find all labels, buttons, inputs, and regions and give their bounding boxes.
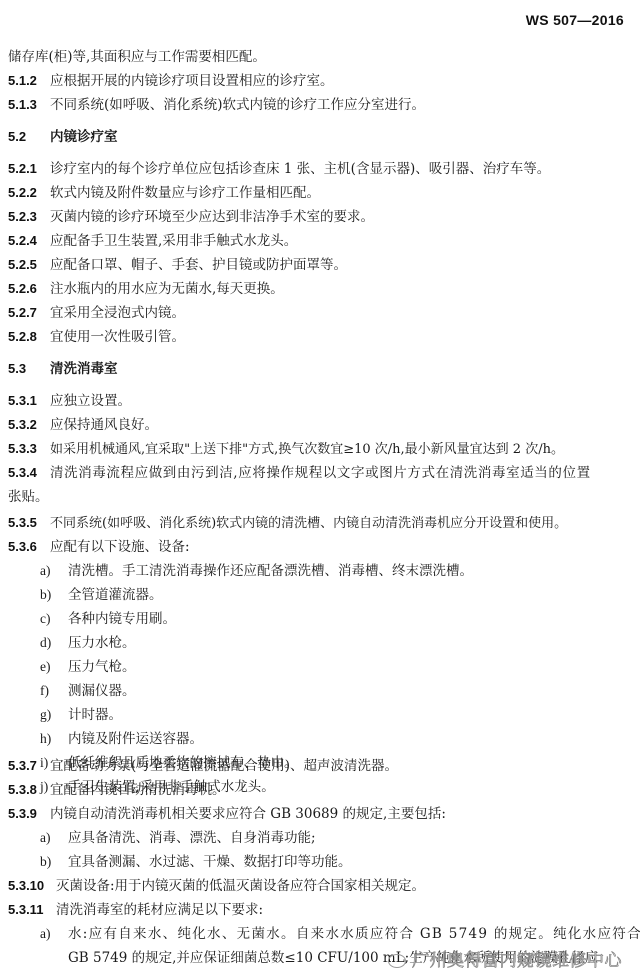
clause-text: 宜配备动力泵(与全管道灌流器配合使用)、超声波清洗器。 bbox=[50, 758, 398, 774]
watermark: 广州奥得富内窥镜维修中心 bbox=[388, 946, 622, 971]
section-title: 清洗消毒室 bbox=[50, 361, 118, 377]
clause-number: 5.3.3 bbox=[8, 440, 50, 458]
clause-number: 5.1.3 bbox=[8, 96, 50, 114]
list-item: a)应具备清洗、消毒、漂洗、自身消毒功能; bbox=[40, 829, 316, 847]
list-text: 压力气枪。 bbox=[68, 659, 136, 675]
list-text: 各种内镜专用刷。 bbox=[68, 611, 176, 627]
clause-text: 诊疗室内的每个诊疗单位应包括诊查床 1 张、主机(含显示器)、吸引器、治疗车等。 bbox=[50, 161, 550, 177]
clause-number: 5.3.6 bbox=[8, 538, 50, 556]
section-number: 5.2 bbox=[8, 128, 50, 146]
section-5-2-heading: 5.2内镜诊疗室 bbox=[8, 128, 118, 146]
clause-text: 不同系统(如呼吸、消化系统)软式内镜的清洗槽、内镜自动清洗消毒机应分开设置和使用… bbox=[50, 516, 567, 531]
list-text: 计时器。 bbox=[68, 707, 122, 723]
list-letter: b) bbox=[40, 853, 68, 871]
clause-number: 5.2.3 bbox=[8, 208, 50, 226]
list-item: h)内镜及附件运送容器。 bbox=[40, 730, 203, 748]
section-title: 内镜诊疗室 bbox=[50, 129, 118, 145]
list-item: a)水:应有自来水、纯化水、无菌水。自来水水质应符合 GB 5749 的规定。纯… bbox=[40, 925, 640, 943]
clause-number: 5.2.6 bbox=[8, 280, 50, 298]
list-text: 压力水枪。 bbox=[68, 635, 136, 651]
list-letter: a) bbox=[40, 925, 68, 943]
clause-number: 5.3.4 bbox=[8, 464, 50, 482]
list-item: c)各种内镜专用刷。 bbox=[40, 610, 176, 628]
clause-text: 应配备口罩、帽子、手套、护目镜或防护面罩等。 bbox=[50, 257, 347, 273]
list-letter: b) bbox=[40, 586, 68, 604]
lead-in-text: 储存库(柜)等,其面积应与工作需要相匹配。 bbox=[8, 48, 266, 66]
clause-number: 5.2.7 bbox=[8, 304, 50, 322]
clause-number: 5.3.11 bbox=[8, 901, 56, 919]
clause-5-2-2: 5.2.2软式内镜及附件数量应与诊疗工作量相匹配。 bbox=[8, 184, 320, 202]
list-item: b)全管道灌流器。 bbox=[40, 586, 163, 604]
clause-text: 清洗消毒室的耗材应满足以下要求: bbox=[56, 902, 263, 918]
clause-5-3-6: 5.3.6应配有以下设施、设备: bbox=[8, 538, 190, 556]
clause-5-2-3: 5.2.3灭菌内镜的诊疗环境至少应达到非洁净手术室的要求。 bbox=[8, 208, 374, 226]
clause-number: 5.2.2 bbox=[8, 184, 50, 202]
clause-number: 5.2.4 bbox=[8, 232, 50, 250]
list-text: 清洗槽。手工清洗消毒操作还应配备漂洗槽、消毒槽、终末漂洗槽。 bbox=[68, 563, 473, 579]
clause-5-2-8: 5.2.8宜使用一次性吸引管。 bbox=[8, 328, 185, 346]
clause-number: 5.3.1 bbox=[8, 392, 50, 410]
clause-text: 如采用机械通风,宜采取"上送下排"方式,换气次数宜≥10 次/h,最小新风量宜达… bbox=[50, 442, 564, 457]
clause-text: 宜采用全浸泡式内镜。 bbox=[50, 305, 185, 321]
clause-text: 应配备手卫生装置,采用非手触式水龙头。 bbox=[50, 233, 297, 249]
list-item: g)计时器。 bbox=[40, 706, 122, 724]
clause-text: 清洗消毒流程应做到由污到洁,应将操作规程以文字或图片方式在清洗消毒室适当的位置 bbox=[50, 465, 591, 481]
clause-text: 注水瓶内的用水应为无菌水,每天更换。 bbox=[50, 281, 284, 297]
clause-text: 应独立设置。 bbox=[50, 393, 131, 409]
list-text: 宜具备测漏、水过滤、干燥、数据打印等功能。 bbox=[68, 854, 352, 870]
wechat-icon bbox=[388, 954, 406, 968]
clause-text: 宜配备内镜自动清洗消毒机。 bbox=[50, 782, 226, 798]
list-letter: c) bbox=[40, 610, 68, 628]
clause-5-2-6: 5.2.6注水瓶内的用水应为无菌水,每天更换。 bbox=[8, 280, 284, 298]
clause-number: 5.2.1 bbox=[8, 160, 50, 178]
clause-number: 5.3.7 bbox=[8, 757, 50, 775]
clause-number: 5.2.5 bbox=[8, 256, 50, 274]
clause-5-1-3: 5.1.3不同系统(如呼吸、消化系统)软式内镜的诊疗工作应分室进行。 bbox=[8, 96, 425, 114]
clause-text: 灭菌设备:用于内镜灭菌的低温灭菌设备应符合国家相关规定。 bbox=[56, 878, 425, 894]
list-letter: e) bbox=[40, 658, 68, 676]
list-text: 测漏仪器。 bbox=[68, 683, 136, 699]
clause-5-3-10: 5.3.10灭菌设备:用于内镜灭菌的低温灭菌设备应符合国家相关规定。 bbox=[8, 877, 425, 895]
clause-number: 5.1.2 bbox=[8, 72, 50, 90]
section-number: 5.3 bbox=[8, 360, 50, 378]
clause-5-3-1: 5.3.1应独立设置。 bbox=[8, 392, 131, 410]
clause-5-3-7: 5.3.7宜配备动力泵(与全管道灌流器配合使用)、超声波清洗器。 bbox=[8, 757, 398, 775]
clause-5-2-4: 5.2.4应配备手卫生装置,采用非手触式水龙头。 bbox=[8, 232, 297, 250]
clause-text: 内镜自动清洗消毒机相关要求应符合 GB 30689 的规定,主要包括: bbox=[50, 806, 446, 822]
clause-text: 应配有以下设施、设备: bbox=[50, 539, 190, 555]
list-item: d)压力水枪。 bbox=[40, 634, 136, 652]
section-5-3-heading: 5.3清洗消毒室 bbox=[8, 360, 118, 378]
list-item: a)清洗槽。手工清洗消毒操作还应配备漂洗槽、消毒槽、终末漂洗槽。 bbox=[40, 562, 473, 580]
standard-code-header: WS 507—2016 bbox=[526, 12, 624, 28]
clause-number: 5.2.8 bbox=[8, 328, 50, 346]
clause-text: 不同系统(如呼吸、消化系统)软式内镜的诊疗工作应分室进行。 bbox=[50, 97, 425, 113]
clause-5-1-2: 5.1.2应根据开展的内镜诊疗项目设置相应的诊疗室。 bbox=[8, 72, 334, 90]
clause-5-3-4: 5.3.4清洗消毒流程应做到由污到洁,应将操作规程以文字或图片方式在清洗消毒室适… bbox=[8, 464, 591, 482]
clause-number: 5.3.9 bbox=[8, 805, 50, 823]
list-letter: d) bbox=[40, 634, 68, 652]
list-item: f)测漏仪器。 bbox=[40, 682, 136, 700]
list-letter: a) bbox=[40, 562, 68, 580]
list-letter: a) bbox=[40, 829, 68, 847]
clause-5-2-7: 5.2.7宜采用全浸泡式内镜。 bbox=[8, 304, 185, 322]
list-letter: g) bbox=[40, 706, 68, 724]
list-item: b)宜具备测漏、水过滤、干燥、数据打印等功能。 bbox=[40, 853, 352, 871]
clause-5-3-11: 5.3.11清洗消毒室的耗材应满足以下要求: bbox=[8, 901, 263, 919]
list-letter: h) bbox=[40, 730, 68, 748]
clause-5-3-3: 5.3.3如采用机械通风,宜采取"上送下排"方式,换气次数宜≥10 次/h,最小… bbox=[8, 440, 564, 459]
list-item: e)压力气枪。 bbox=[40, 658, 136, 676]
list-text: 应具备清洗、消毒、漂洗、自身消毒功能; bbox=[68, 830, 316, 846]
clause-number: 5.3.2 bbox=[8, 416, 50, 434]
clause-text: 灭菌内镜的诊疗环境至少应达到非洁净手术室的要求。 bbox=[50, 209, 374, 225]
watermark-text: 广州奥得富内窥镜维修中心 bbox=[412, 951, 622, 971]
clause-5-3-2: 5.3.2应保持通风良好。 bbox=[8, 416, 158, 434]
clause-text: 应根据开展的内镜诊疗项目设置相应的诊疗室。 bbox=[50, 73, 334, 89]
list-text: 内镜及附件运送容器。 bbox=[68, 731, 203, 747]
list-letter: f) bbox=[40, 682, 68, 700]
clause-5-2-1: 5.2.1诊疗室内的每个诊疗单位应包括诊查床 1 张、主机(含显示器)、吸引器、… bbox=[8, 160, 550, 178]
clause-number: 5.3.5 bbox=[8, 514, 50, 532]
clause-text: 应保持通风良好。 bbox=[50, 417, 158, 433]
clause-5-3-4-continuation: 张贴。 bbox=[8, 488, 49, 506]
clause-number: 5.3.10 bbox=[8, 877, 56, 895]
clause-5-3-5: 5.3.5不同系统(如呼吸、消化系统)软式内镜的清洗槽、内镜自动清洗消毒机应分开… bbox=[8, 514, 567, 533]
list-text: 水:应有自来水、纯化水、无菌水。自来水水质应符合 GB 5749 的规定。纯化水… bbox=[68, 926, 640, 942]
clause-5-3-8: 5.3.8宜配备内镜自动清洗消毒机。 bbox=[8, 781, 226, 799]
clause-5-2-5: 5.2.5应配备口罩、帽子、手套、护目镜或防护面罩等。 bbox=[8, 256, 347, 274]
clause-text: 宜使用一次性吸引管。 bbox=[50, 329, 185, 345]
clause-text: 软式内镜及附件数量应与诊疗工作量相匹配。 bbox=[50, 185, 320, 201]
clause-number: 5.3.8 bbox=[8, 781, 50, 799]
list-text: 全管道灌流器。 bbox=[68, 587, 163, 603]
clause-5-3-9: 5.3.9内镜自动清洗消毒机相关要求应符合 GB 30689 的规定,主要包括: bbox=[8, 805, 446, 823]
